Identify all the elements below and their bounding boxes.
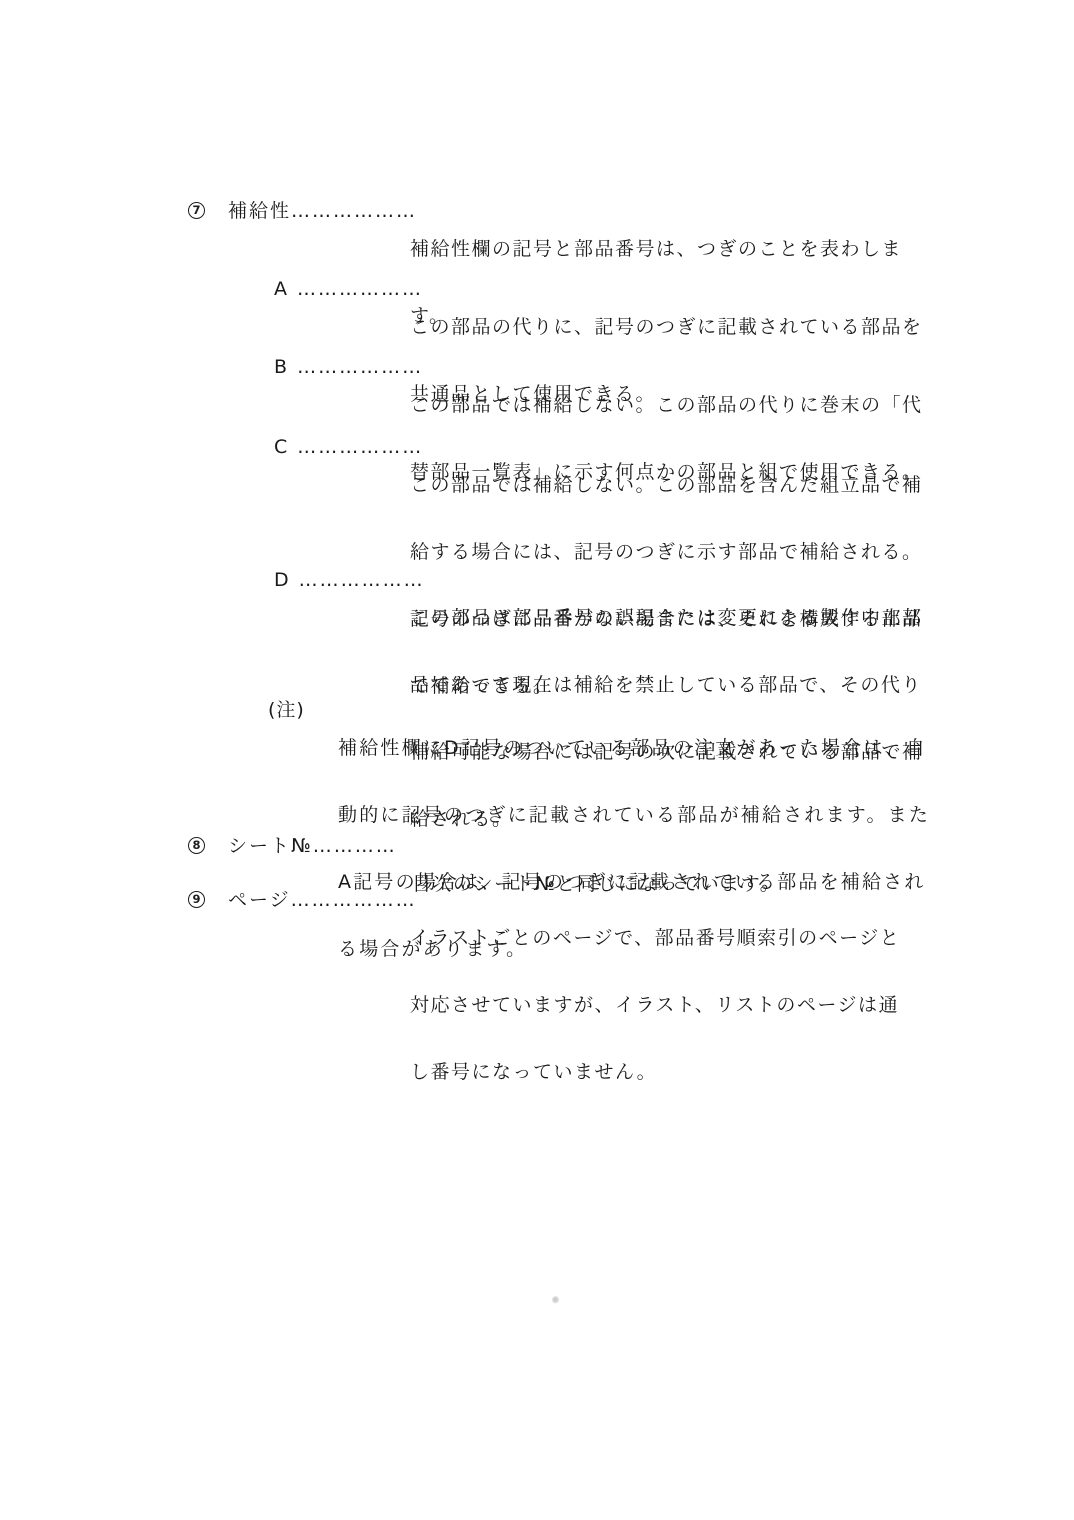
term-code-c: C ……………… (274, 433, 423, 462)
circled-number-9: 9 (188, 891, 205, 908)
scan-speck (552, 1296, 559, 1304)
circled-number-8: 8 (188, 837, 205, 854)
term-page: ページ……………… (228, 886, 417, 915)
definition-page-text: イラストごとのページで、部品番号順索引のページと 対応させていますが、イラスト、… (410, 886, 900, 1125)
term-sheet-no: シート№………… (228, 832, 397, 861)
term-code-d: D ……………… (274, 566, 425, 595)
text-line: し番号になっていません。 (410, 1058, 900, 1087)
text-line: 対応させていますが、イラスト、リストのページは通 (410, 991, 900, 1020)
text-line: 補給性欄の記号と部品番号は、つぎのことを表わしま (410, 235, 902, 264)
term-code-a: A ……………… (274, 275, 423, 304)
text-line: この部品の代りに、記号のつぎに記載されている部品を (410, 313, 923, 342)
term-supply-availability: 補給性……………… (228, 197, 417, 226)
note-label: (注) (268, 696, 305, 725)
circled-number-7: 7 (188, 202, 205, 219)
document-page: 7 補給性……………… 補給性欄の記号と部品番号は、つぎのことを表わしま す。 … (0, 0, 1074, 1520)
text-line: 給する場合には、記号のつぎに示す部品で補給される。 (410, 538, 923, 567)
text-line: 補給性欄にD記号のついている部品の注文があった場合は、自 (338, 734, 930, 763)
text-line: この部品は部品番号の誤記または変更による製作中止部 (410, 604, 923, 633)
text-line: 動的に記号のつぎに記載されている部品が補給されます。また (338, 801, 930, 830)
text-line: この部品では補給しない。この部品を含んだ組立品で補 (410, 471, 923, 500)
text-line: この部品では補給しない。この部品の代りに巻末の「代 (410, 391, 923, 420)
text-line: イラストごとのページで、部品番号順索引のページと (410, 924, 900, 953)
term-code-b: B ……………… (274, 353, 423, 382)
